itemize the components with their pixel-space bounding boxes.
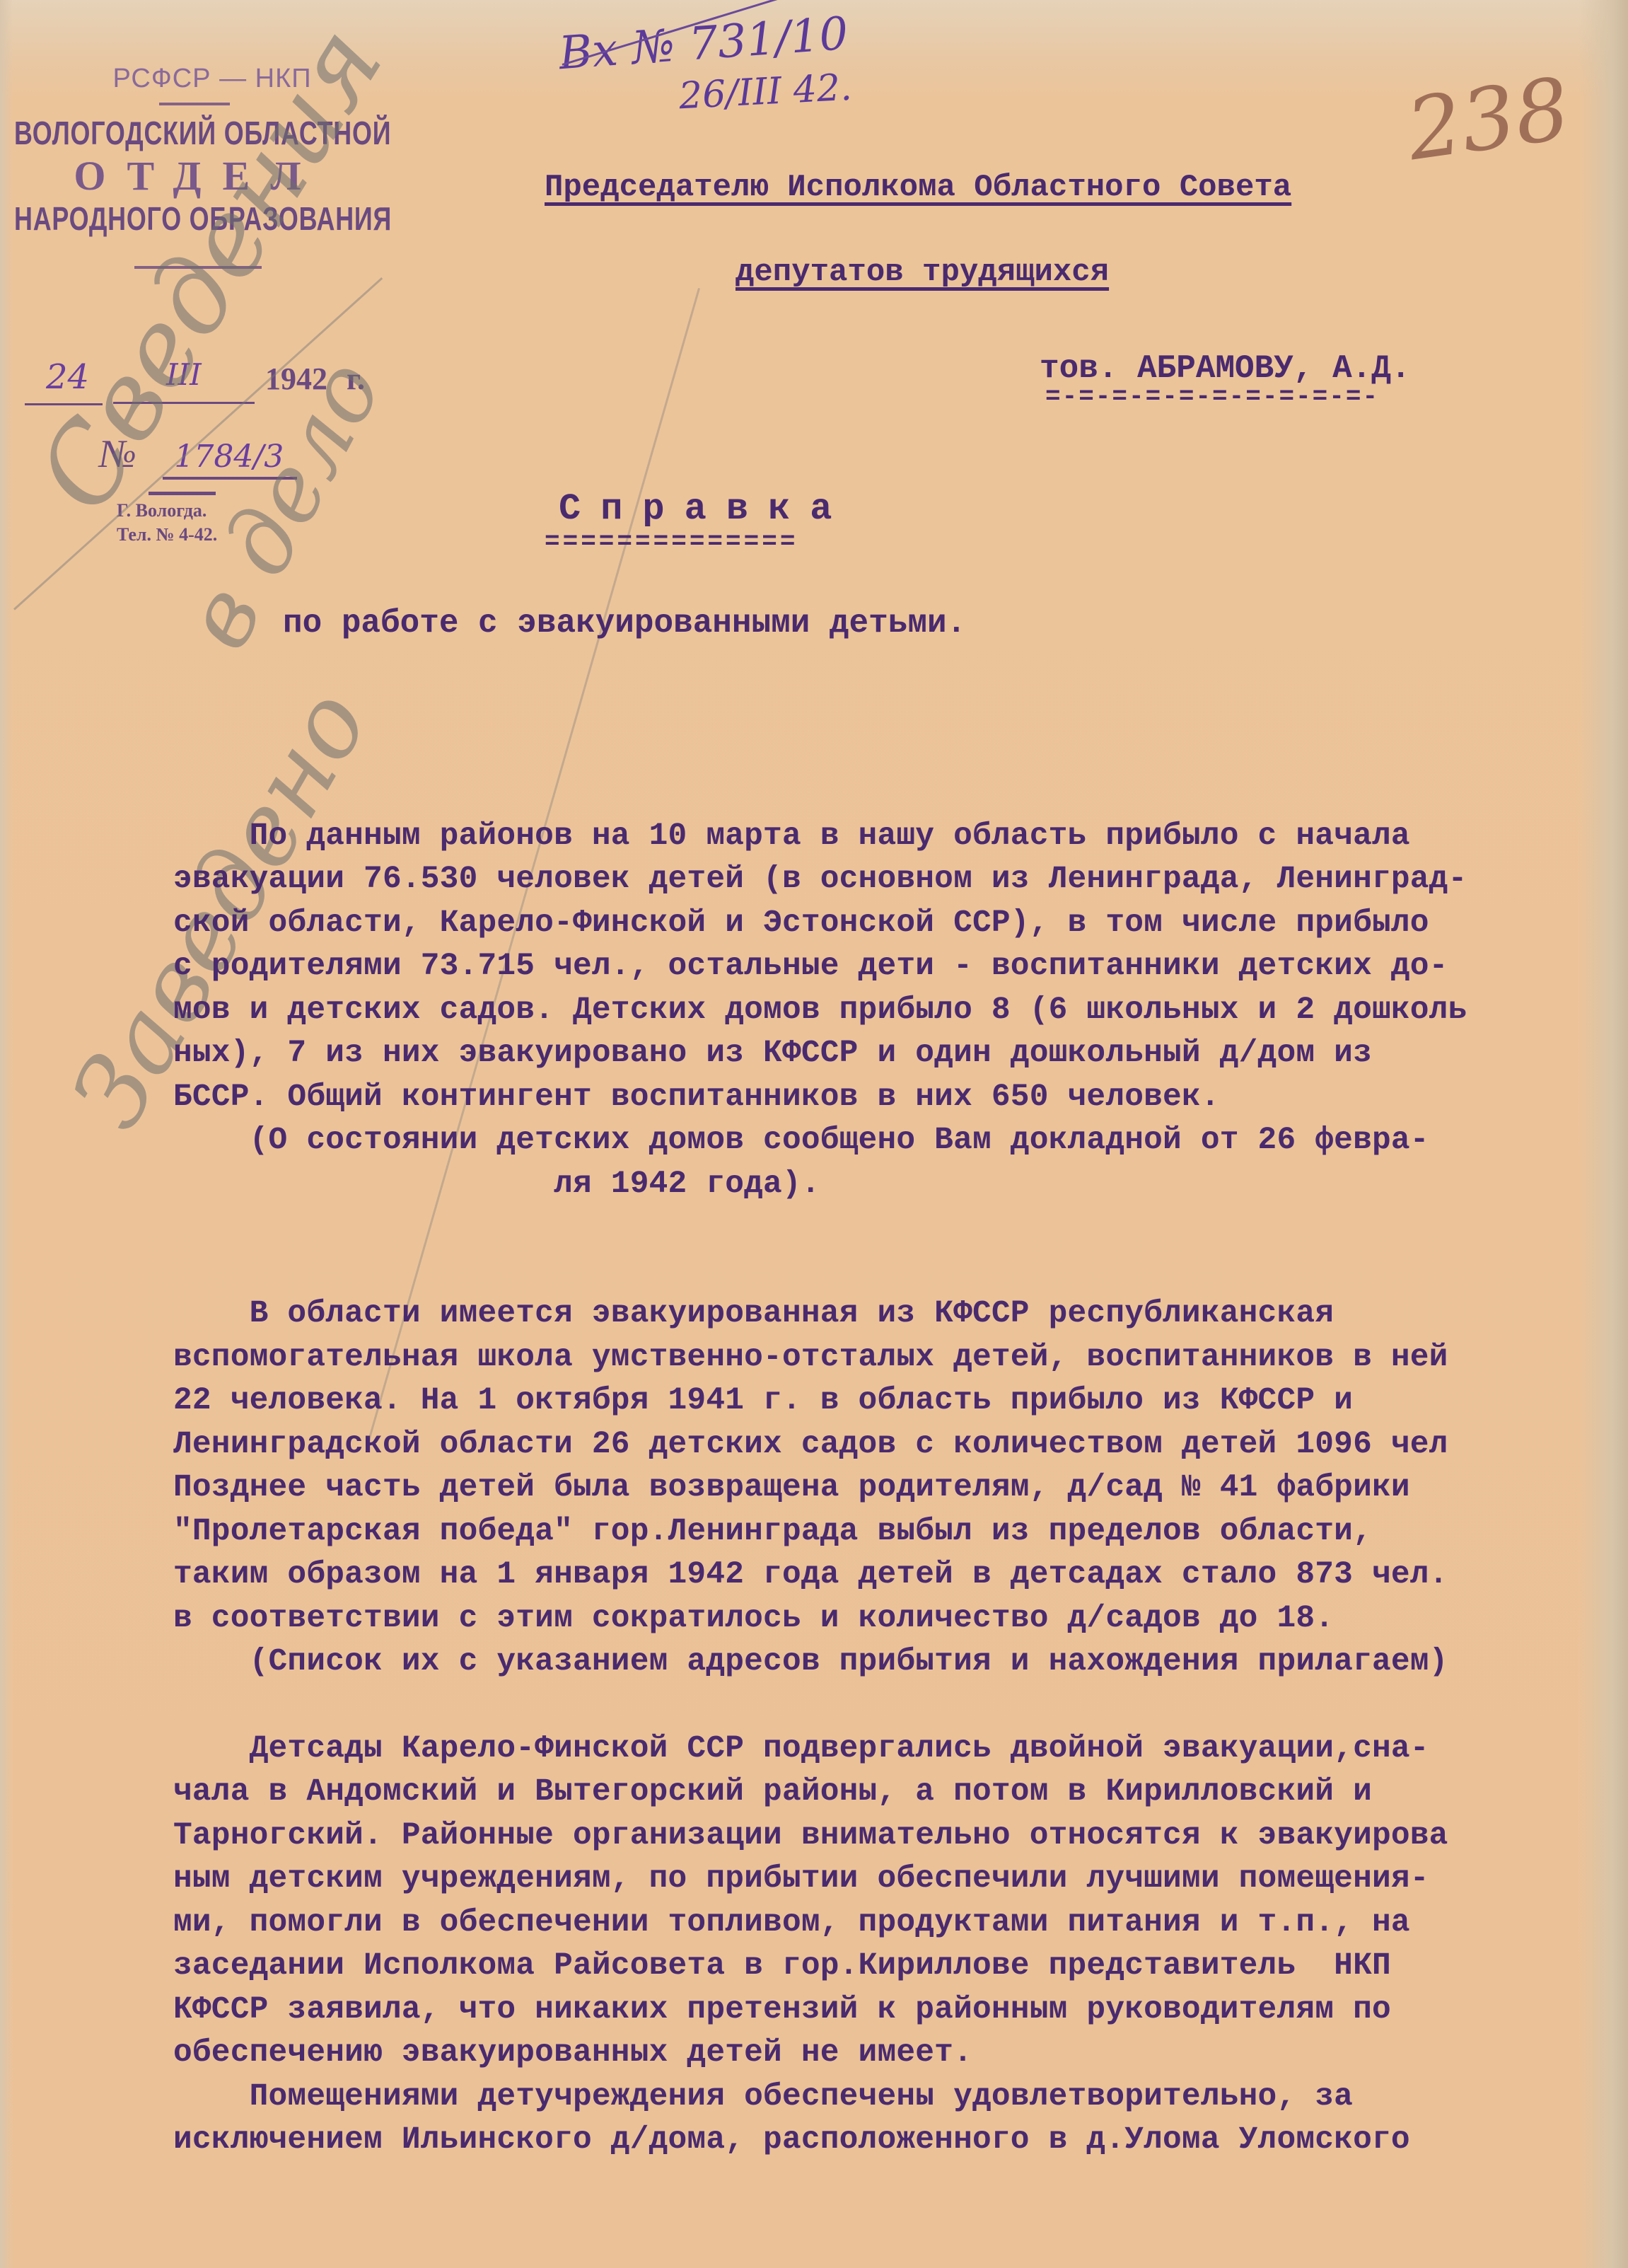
body-line: заседании Исполкома Райсовета в гор.Кири…: [173, 1945, 1467, 1989]
body-line: ля 1942 года).: [173, 1163, 1467, 1207]
body-line: (О состоянии детских домов сообщено Вам …: [173, 1119, 1467, 1163]
body-line: В области имеется эвакуированная из КФСС…: [173, 1292, 1467, 1336]
stamp-divider: [149, 492, 216, 495]
body-line: (Список их с указанием адресов прибытия …: [173, 1641, 1467, 1684]
body-line: ных), 7 из них эвакуировано из КФССР и о…: [173, 1032, 1467, 1076]
document-subtitle: по работе с эвакуированными детьми.: [283, 605, 966, 642]
body-line: обеспечению эвакуированных детей не имее…: [173, 2032, 1467, 2076]
body-line: вспомогательная школа умственно-отсталых…: [173, 1336, 1467, 1380]
body-line: исключением Ильинского д/дома, расположе…: [173, 2119, 1467, 2163]
body-line: Позднее часть детей была возвращена роди…: [173, 1466, 1467, 1510]
body-line: с родителями 73.715 чел., остальные дети…: [173, 945, 1467, 989]
incoming-date: 26/III 42.: [678, 66, 853, 118]
paragraph-gap: [173, 1684, 1467, 1728]
body-line: Ленинградской области 26 детских садов с…: [173, 1423, 1467, 1467]
body-line: БССР. Общий контингент воспитанников в н…: [173, 1076, 1467, 1120]
body-line: "Пролетарская победа" гор.Ленинграда выб…: [173, 1510, 1467, 1554]
body-line: ным детским учреждениям, по прибытии обе…: [173, 1858, 1467, 1902]
body-line: Помещениями детучреждения обеспечены удо…: [173, 2076, 1467, 2119]
body-line: КФССР заявила, что никаких претензий к р…: [173, 1989, 1467, 2032]
addressee-line-1: Председателю Исполкома Областного Совета: [545, 170, 1291, 205]
body-line: ми, помогли в обеспечении топливом, прод…: [173, 1902, 1467, 1945]
body-line: мов и детских садов. Детских домов прибы…: [173, 989, 1467, 1033]
body-line: Детсады Карело-Финской ССР подвергались …: [173, 1728, 1467, 1771]
body-line: ской области, Карело-Финской и Эстонской…: [173, 902, 1467, 946]
body-line: в соответствии с этим сократилось и коли…: [173, 1597, 1467, 1641]
title-underline: ==============: [545, 527, 798, 556]
document-body: По данным районов на 10 марта в нашу обл…: [173, 771, 1467, 2206]
body-line: чала в Андомский и Вытегорский районы, а…: [173, 1771, 1467, 1815]
addressee-name-underline: =-=-=-=-=-=-=-=-=-=-: [1045, 382, 1379, 411]
body-line: 22 человека. На 1 октября 1941 г. в обла…: [173, 1379, 1467, 1423]
body-line: Тарногский. Районные организации внимате…: [173, 1815, 1467, 1858]
body-line: По данным районов на 10 марта в нашу обл…: [173, 815, 1467, 859]
addressee-line-2: депутатов трудящихся: [735, 255, 1109, 290]
body-line: таким образом на 1 января 1942 года дете…: [173, 1554, 1467, 1597]
stamp-divider: [159, 103, 230, 105]
body-line: эвакуации 76.530 человек детей (в основн…: [173, 858, 1467, 902]
document-title: Справка: [559, 488, 851, 530]
paragraph-gap: [173, 1206, 1467, 1292]
